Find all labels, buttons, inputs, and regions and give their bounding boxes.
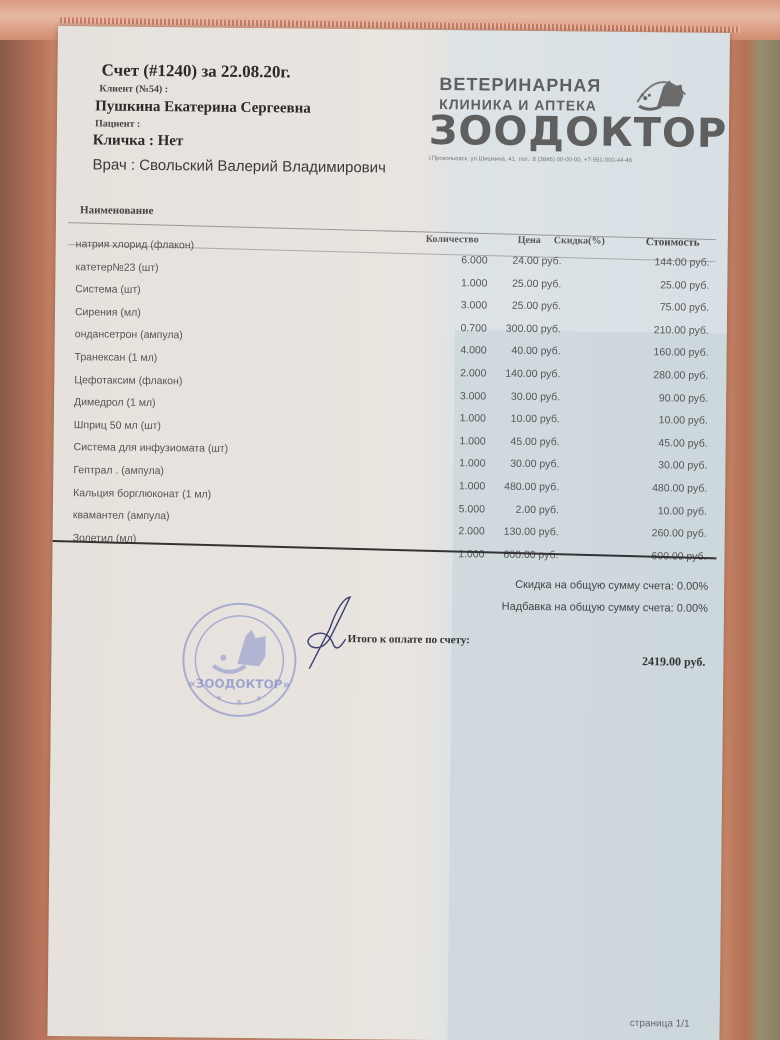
clinic-logo: ВЕТЕРИНАРНАЯ КЛИНИКА И АПТЕКА ЗООДОКТОР … xyxy=(429,74,700,167)
item-name: квамантел (ампула) xyxy=(73,509,170,522)
table-top-divider xyxy=(68,222,716,240)
total-markup: Надбавка на общую сумму счета: 0.00% xyxy=(502,601,708,615)
patient-label: Пациент : xyxy=(95,118,140,129)
page-number: страница 1/1 xyxy=(630,1018,690,1030)
clinic-address: г.Прокопьевск, ул.Шишкина, 41, тел.: 8 (… xyxy=(429,156,633,164)
item-name: Транексан (1 мл) xyxy=(74,351,157,364)
items-table: натрия хлорид (флакон)6.00024.00 руб.144… xyxy=(52,238,727,561)
invoice-page: Счет (#1240) за 22.08.20г. Клиент (№54) … xyxy=(47,26,730,1040)
total-label: Итого к оплате по счету: xyxy=(348,633,470,646)
logo-brand: ЗООДОКТОР xyxy=(429,108,728,157)
client-name: Пушкина Екатерина Сергеевна xyxy=(95,98,311,117)
item-name: Димедрол (1 мл) xyxy=(74,396,156,409)
item-name: Сирения (мл) xyxy=(75,306,141,319)
item-name: Гептрал . (ампула) xyxy=(73,464,164,477)
item-name: Система (шт) xyxy=(75,283,141,296)
clinic-stamp-icon: «ЗООДОКТОР» xyxy=(179,599,300,720)
total-discount: Скидка на общую сумму счета: 0.00% xyxy=(515,579,708,593)
item-name: ондансетрон (ампула) xyxy=(75,329,183,342)
doctor-name: Врач : Свольский Валерий Владимирович xyxy=(92,156,386,176)
item-name: Кальция борглюконат (1 мл) xyxy=(73,487,211,500)
item-name: Шприц 50 мл (шт) xyxy=(74,419,161,432)
client-label: Клиент (№54) : xyxy=(99,83,168,95)
logo-line1: ВЕТЕРИНАРНАЯ xyxy=(439,74,601,97)
total-value: 2419.00 руб. xyxy=(642,654,706,670)
invoice-title: Счет (#1240) за 22.08.20г. xyxy=(101,60,290,82)
column-header-name: Наименование xyxy=(80,204,153,217)
svg-text:«ЗООДОКТОР»: «ЗООДОКТОР» xyxy=(188,676,290,691)
pet-nickname: Кличка : Нет xyxy=(93,132,184,150)
dog-cat-icon xyxy=(629,72,689,113)
item-name: натрия хлорид (флакон) xyxy=(76,238,194,251)
item-name: Цефотаксим (флакон) xyxy=(74,374,182,387)
item-name: Система для инфузиомата (шт) xyxy=(74,442,229,456)
item-name: катетер№23 (шт) xyxy=(75,261,158,274)
